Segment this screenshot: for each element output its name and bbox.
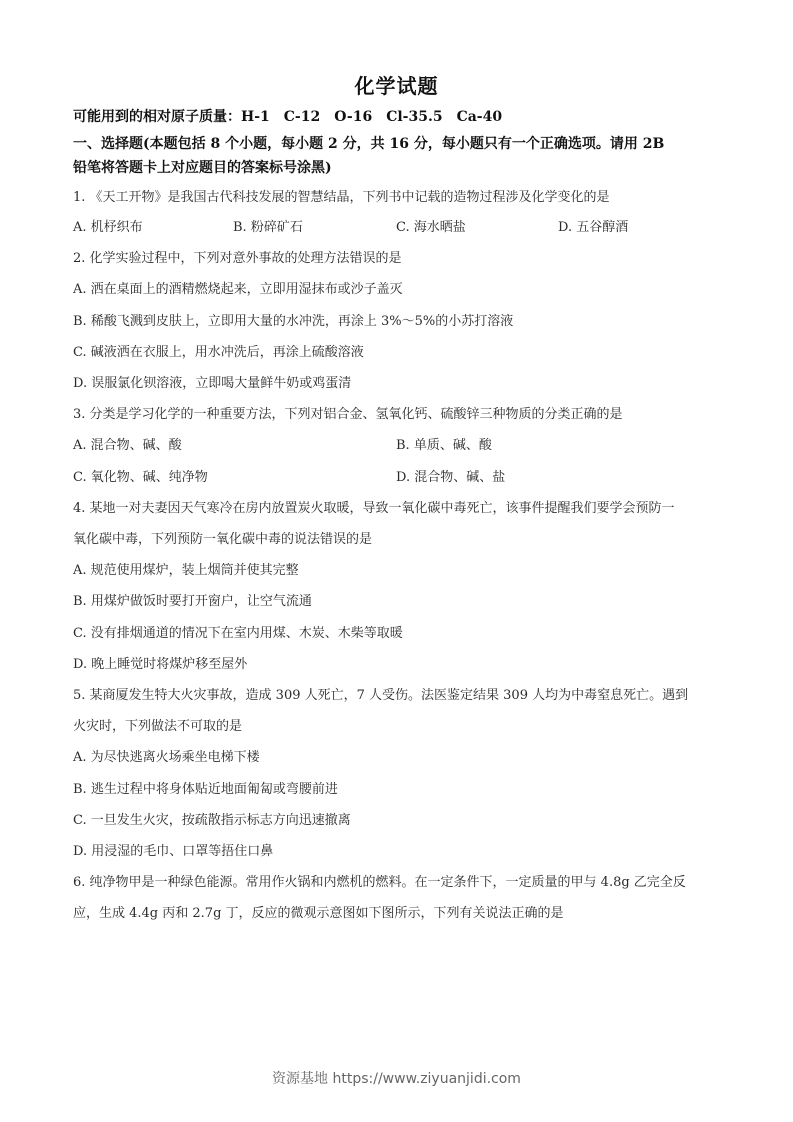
- question-5-option-d: D. 用浸湿的毛巾、口罩等捂住口鼻: [73, 840, 273, 859]
- question-2-option-c: C. 碱液洒在衣服上，用水冲洗后，再涂上硫酸溶液: [73, 341, 364, 360]
- question-2-option-d: D. 误服氯化钡溶液，立即喝大量鲜牛奶或鸡蛋清: [73, 372, 351, 391]
- question-5-option-c: C. 一旦发生火灾，按疏散指示标志方向迅速撤离: [73, 809, 351, 828]
- question-5-option-b: B. 逃生过程中将身体贴近地面匍匐或弯腰前进: [73, 778, 338, 797]
- question-1-stem: 1. 《天工开物》是我国古代科技发展的智慧结晶，下列书中记载的造物过程涉及化学变…: [73, 186, 610, 205]
- question-4-stem-line1: 4. 某地一对夫妻因天气寒冷在房内放置炭火取暖，导致一氧化碳中毒死亡，该事件提醒…: [73, 497, 675, 516]
- question-3-option-b: B. 单质、碱、酸: [396, 434, 492, 453]
- question-4-stem-line2: 氧化碳中毒，下列预防一氧化碳中毒的说法错误的是: [73, 528, 372, 547]
- footer-watermark: 资源基地 https://www.ziyuanjidi.com: [0, 1068, 793, 1088]
- question-4-option-c: C. 没有排烟通道的情况下在室内用煤、木炭、木柴等取暖: [73, 622, 403, 641]
- question-4-option-d: D. 晚上睡觉时将煤炉移至屋外: [73, 653, 247, 672]
- question-4-option-a: A. 规范使用煤炉，装上烟筒并使其完整: [73, 559, 299, 578]
- question-3-option-d: D. 混合物、碱、盐: [396, 466, 505, 485]
- exam-page: 化学试题 可能用到的相对原子质量：H-1 C-12 O-16 Cl-35.5 C…: [0, 0, 793, 1122]
- question-3-option-c: C. 氧化物、碱、纯净物: [73, 466, 208, 485]
- question-1-option-d: D. 五谷醇酒: [558, 216, 628, 235]
- question-4-option-b: B. 用煤炉做饭时要打开窗户，让空气流通: [73, 590, 312, 609]
- question-5-option-a: A. 为尽快逃离火场乘坐电梯下楼: [73, 746, 260, 765]
- question-2-option-b: B. 稀酸飞溅到皮肤上，立即用大量的水冲洗，再涂上 3%～5%的小苏打溶液: [73, 310, 513, 329]
- question-6-stem-line1: 6. 纯净物甲是一种绿色能源。常用作火锅和内燃机的燃料。在一定条件下，一定质量的…: [73, 871, 686, 890]
- atomic-masses: 可能用到的相对原子质量：H-1 C-12 O-16 Cl-35.5 Ca-40: [73, 106, 502, 126]
- question-5-stem-line1: 5. 某商厦发生特大火灾事故，造成 309 人死亡，7 人受伤。法医鉴定结果 3…: [73, 684, 688, 703]
- question-1-option-a: A. 机杼织布: [73, 216, 143, 235]
- section-heading-line2: 铅笔将答题卡上对应题目的答案标号涂黑): [73, 157, 332, 177]
- section-heading-line1: 一、选择题(本题包括 8 个小题，每小题 2 分，共 16 分，每小题只有一个正…: [73, 133, 664, 153]
- page-title: 化学试题: [0, 70, 793, 99]
- question-5-stem-line2: 火灾时，下列做法不可取的是: [73, 715, 242, 734]
- question-3-option-a: A. 混合物、碱、酸: [73, 434, 182, 453]
- question-3-stem: 3. 分类是学习化学的一种重要方法，下列对铝合金、氢氧化钙、硫酸锌三种物质的分类…: [73, 403, 623, 422]
- question-6-stem-line2: 应，生成 4.4g 丙和 2.7g 丁，反应的微观示意图如下图所示，下列有关说法…: [73, 902, 564, 921]
- question-2-stem: 2. 化学实验过程中，下列对意外事故的处理方法错误的是: [73, 247, 402, 266]
- question-2-option-a: A. 洒在桌面上的酒精燃烧起来，立即用湿抹布或沙子盖灭: [73, 278, 403, 297]
- question-1-option-b: B. 粉碎矿石: [233, 216, 303, 235]
- question-1-option-c: C. 海水晒盐: [396, 216, 466, 235]
